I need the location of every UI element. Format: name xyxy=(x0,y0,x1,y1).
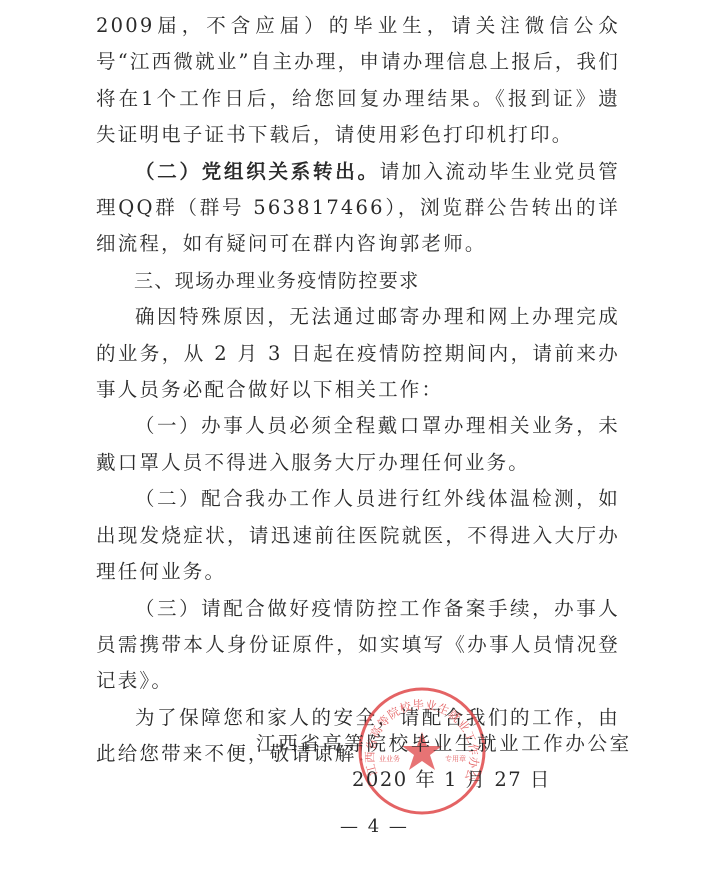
paragraph-temperature-rule: （二）配合我办工作人员进行红外线体温检测，如出现发烧症状，请迅速前往医院就医，不… xyxy=(96,481,620,590)
issue-date: 2020 年 1 月 27 日 xyxy=(352,764,551,792)
page-number: — 4 — xyxy=(340,816,409,837)
document-page: 2009届，不含应届）的毕业生，请关注微信公众号“江西微就业”自主办理，申请办理… xyxy=(0,0,703,895)
body-text: 2009届，不含应届）的毕业生，请关注微信公众号“江西微就业”自主办理，申请办理… xyxy=(96,8,620,773)
paragraph-continuation: 2009届，不含应届）的毕业生，请关注微信公众号“江西微就业”自主办理，申请办理… xyxy=(96,8,620,154)
paragraph-text: （二）配合我办工作人员进行红外线体温检测，如出现发烧症状，请迅速前往医院就医，不… xyxy=(96,487,620,583)
paragraph-text: 确因特殊原因，无法通过邮寄办理和网上办理完成的业务，从 2 月 3 日起在疫情防… xyxy=(96,305,620,401)
paragraph-mask-rule: （一）办事人员必须全程戴口罩办理相关业务，未戴口罩人员不得进入服务大厅办理任何业… xyxy=(96,408,620,481)
paragraph-text: （一）办事人员必须全程戴口罩办理相关业务，未戴口罩人员不得进入服务大厅办理任何业… xyxy=(96,414,620,473)
heading-text: 三、现场办理业务疫情防控要求 xyxy=(134,270,420,292)
paragraph-text: （三）请配合做好疫情防控工作备案手续，办事人员需携带本人身份证原件，如实填写《办… xyxy=(96,597,620,693)
section-heading: 三、现场办理业务疫情防控要求 xyxy=(96,263,620,299)
paragraph-text: 2009届，不含应届）的毕业生，请关注微信公众号“江西微就业”自主办理，申请办理… xyxy=(96,14,620,146)
issuer-signature: 江西省高等院校毕业生就业工作办公室 xyxy=(256,728,632,756)
paragraph-registration-rule: （三）请配合做好疫情防控工作备案手续，办事人员需携带本人身份证原件，如实填写《办… xyxy=(96,591,620,700)
paragraph-lead: （二）党组织关系转出。 xyxy=(135,160,380,183)
paragraph-party-transfer: （二）党组织关系转出。请加入流动毕生业党员管理QQ群（群号 563817466）… xyxy=(96,154,620,263)
paragraph-onsite-intro: 确因特殊原因，无法通过邮寄办理和网上办理完成的业务，从 2 月 3 日起在疫情防… xyxy=(96,299,620,408)
